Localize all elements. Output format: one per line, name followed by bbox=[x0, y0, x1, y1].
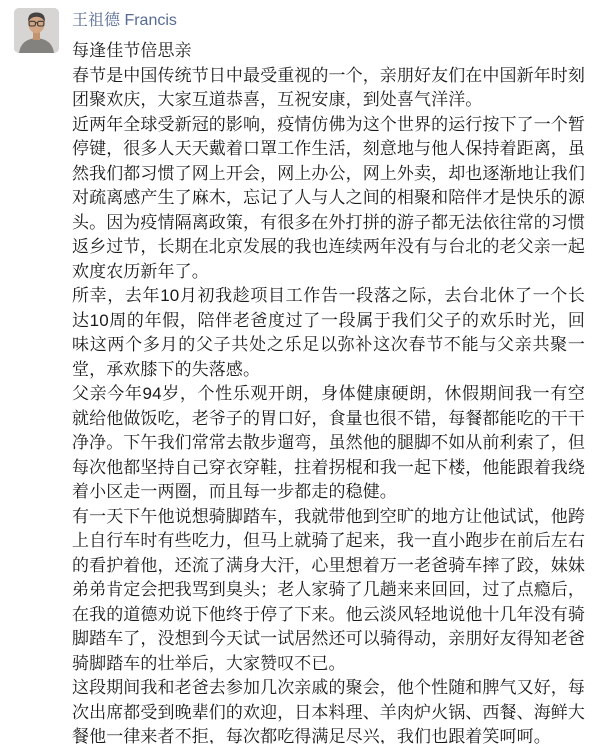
moments-post: 王祖德 Francis 每逢佳节倍思亲春节是中国传统节日中最受重视的一个，亲朋好… bbox=[0, 0, 600, 744]
post-paragraph: 春节是中国传统节日中最受重视的一个，亲朋好友们在中国新年时刻团聚欢庆，大家互道恭… bbox=[72, 64, 585, 113]
post-paragraph: 有一天下午他说想骑脚踏车，我就带他到空旷的地方让他试试，他跨上自行车时有些吃力，… bbox=[72, 505, 585, 677]
post-paragraph: 每逢佳节倍思亲 bbox=[72, 39, 585, 64]
post-content: 王祖德 Francis 每逢佳节倍思亲春节是中国传统节日中最受重视的一个，亲朋好… bbox=[72, 0, 585, 744]
avatar-portrait-image bbox=[14, 8, 59, 53]
author-name[interactable]: 王祖德 Francis bbox=[72, 0, 585, 31]
post-paragraph: 父亲今年94岁，个性乐观开朗，身体健康硬朗，休假期间我一有空就给他做饭吃，老爷子… bbox=[72, 382, 585, 505]
post-paragraph: 近两年全球受新冠的影响，疫情仿佛为这个世界的运行按下了一个暂停键，很多人天天戴着… bbox=[72, 113, 585, 285]
post-body: 每逢佳节倍思亲春节是中国传统节日中最受重视的一个，亲朋好友们在中国新年时刻团聚欢… bbox=[72, 39, 585, 744]
post-paragraph: 所幸，去年10月初我趁项目工作告一段落之际，去台北休了一个长达10周的年假，陪伴… bbox=[72, 284, 585, 382]
post-paragraph: 这段期间我和老爸去参加几次亲戚的聚会，他个性随和脾气又好，每次出席都受到晚辈们的… bbox=[72, 676, 585, 744]
avatar[interactable] bbox=[14, 8, 59, 53]
